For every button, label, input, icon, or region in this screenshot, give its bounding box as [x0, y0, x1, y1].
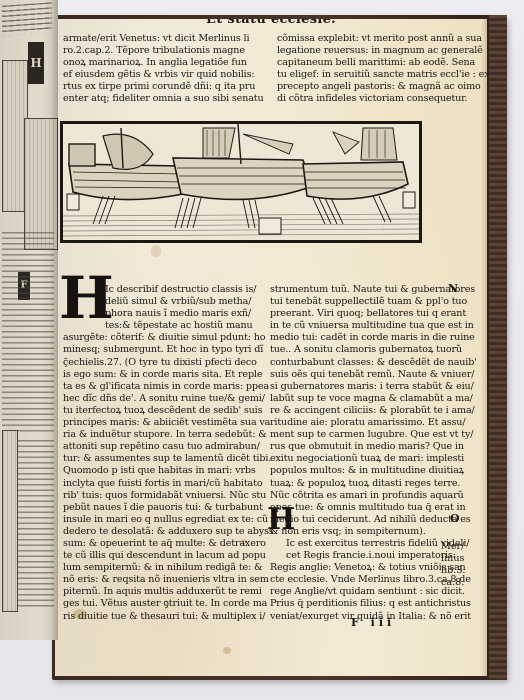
top-left-column: armate/erit Venetus: vt dicit Merlinus l… [63, 33, 264, 106]
text-line: tui tenebãt suppellectilẽ tuam & ppl'o t… [270, 296, 477, 308]
text-line: rtus ex tirpe primi corundẽ dñi: q ita p… [63, 81, 264, 93]
text-line: Quomodo p isti que habitas in mari: vrbs [63, 465, 274, 477]
text-line: ef eiusdem gẽtis & vrbis vir quid nobili… [63, 69, 264, 81]
text-line: pebũt naues ĩ die pauoris tui: & turbabu… [63, 502, 274, 514]
text-line: strumentum tuũ. Naute tui & gubernatores [270, 284, 477, 296]
margin-note-line: ca.8. [441, 577, 465, 589]
text-line: re & accingent ciliciis: & plorabũt te i… [270, 405, 477, 417]
text-line: medio tui: cadẽt in corde maris in die r… [270, 332, 477, 344]
text-line: tuaꝝ: & populoꝝ tuoꝝ ditasti reges terre… [270, 478, 477, 490]
facing-page-woodcut [24, 118, 58, 250]
text-line: medio tui ceciderunt. Ad nihilũ deducta … [270, 514, 477, 526]
text-line: armate/erit Venetus: vt dicit Merlinus l… [63, 33, 264, 45]
text-line: populos multos: & in multitudine diuitia… [270, 465, 477, 477]
text-line: ges tui. Vẽtus auster ꝯtriuit te. In cor… [63, 598, 274, 610]
text-line: ris diuitie tue & thesauri tui: & multip… [63, 611, 274, 623]
text-line: ment sup te carmen lugubre. Que est vt t… [270, 429, 477, 441]
text-line: ritudine aie: ploratu amarissimo. Et ass… [270, 417, 477, 429]
text-line: lum sempiternũ: & in nihilum redigã te: … [63, 562, 274, 574]
margin-note-merlin: Mer/ linus lib.3. ca.8. [441, 541, 465, 589]
text-line: exitu negociationũ tuaꝝ de mari: implest… [270, 453, 477, 465]
naval-battle-woodcut-icon [63, 124, 419, 240]
text-line: Prius q̃ perditionis filius: q est antic… [270, 598, 477, 610]
text-line: attoniti sup repẽtino casu tuo admirabun… [63, 441, 274, 453]
text-line: Nũc cõtrita es amari in profundis aquarũ [270, 490, 477, 502]
margin-letter-n: N [448, 283, 458, 295]
text-line: tu eligef: in seruitiũ sancte matris ecc… [277, 69, 487, 81]
text-line: hec dĩc dñs de'. A sonitu ruine tue/& ge… [63, 393, 274, 405]
text-line: si gubernatores maris: i terra stabũt & … [270, 381, 477, 393]
margin-note-line: lib.3. [441, 565, 465, 577]
text-line: onoꝝ marinarioꝝ. In anglia legatiõe fun [63, 57, 264, 69]
text-line: tur: & assumentes sup te lamentũ dicẽt t… [63, 453, 274, 465]
margin-note-line: linus [441, 553, 465, 565]
text-line: enter atq; fideliter omnia a suo sibi se… [63, 93, 264, 105]
text-line: rib' tuis: quos formidabãt vniuersi. Nũc… [63, 490, 274, 502]
text-line: in te cũ vniuersa multitudine tua que es… [270, 320, 477, 332]
text-line: legatione reuersus: in magnum ac general… [277, 45, 487, 57]
text-line: inclyta que fuisti fortis in mari/cũ hab… [63, 478, 274, 490]
text-line: is ego sum: & in corde maris sita. Et re… [63, 369, 274, 381]
text-line: tes:& tẽpestate ac hostiũ manu [63, 320, 274, 332]
facing-page: H F [0, 0, 58, 640]
text-line: & non eris vsq; in sempiternum). [270, 526, 477, 538]
text-line: opes tue: & omnis multitudo tua q̃ erat … [270, 502, 477, 514]
facing-page-woodcut [2, 430, 18, 612]
facing-page-text [2, 232, 54, 432]
text-line: tu iterfectoꝝ tuoꝝ descẽdent de sedib' s… [63, 405, 274, 417]
book-photo: Et statu ecclesie. armate/erit Venetus: … [0, 0, 524, 700]
text-line: deliũ simul & vrbiũ/sub metha/ [63, 296, 274, 308]
text-line: ç̃echielis.27. (O tyre tu dixisti pfecti… [63, 357, 274, 369]
text-line: minesq; submergunt. Et hoc in typo tyri … [63, 344, 274, 356]
text-line: Ic describif destructio classis is/ [63, 284, 274, 296]
running-head: Et statu ecclesie. [55, 19, 487, 27]
text-line: ria & induẽtur stupore. In terra sedebũt… [63, 429, 274, 441]
text-line: preerant. Viri quoq; bellatores tui q er… [270, 308, 477, 320]
text-line: phora nauis ĩ medio maris exñ/ [63, 308, 274, 320]
text-line: nõ eris: & reqsita nõ inuenieris vltra i… [63, 574, 274, 586]
text-line: insule in mari eo q nullus egrediat ex t… [63, 514, 274, 526]
text-line: asurgẽte: cõterif: & diuitie simul pdunt… [63, 332, 274, 344]
main-left-column: Ic describif destructio classis is/ deli… [63, 284, 274, 623]
text-line: piternũ. In aquis multis adduxerũt te re… [63, 586, 274, 598]
top-right-column: cõmissa explebit: vt merito post annũ a … [277, 33, 487, 106]
text-line: capitaneum belli marittimi: ab eodẽ. Sen… [277, 57, 487, 69]
facing-page-text [2, 2, 52, 35]
text-line: te cũ illis qui descendunt in lacum ad p… [63, 550, 274, 562]
text-line: sum: & opeuerint te aq̃ multe: & detraxe… [63, 538, 274, 550]
binding-edge [489, 15, 507, 680]
text-line: di cõtra infideles victoriam consequetur… [277, 93, 487, 105]
text-line: rus que obmutuit in medio maris? Que in [270, 441, 477, 453]
text-line: cõmissa explebit: vt merito post annũ a … [277, 33, 487, 45]
facing-page-text [18, 440, 54, 610]
margin-letter-o: O [450, 513, 460, 525]
foxing-stain [151, 245, 161, 257]
text-line: tue.. A sonitu clamoris gubernatoꝝ tuorũ [270, 344, 477, 356]
text-line: labũt sup te voce magna & clamabũt a ma/ [270, 393, 477, 405]
signature-mark: F iii [351, 616, 395, 629]
text-line: conturbabunt classes: & descẽdẽt de naui… [270, 357, 477, 369]
text-line: ta es & gl'ificata nimis in corde maris:… [63, 381, 274, 393]
margin-note-line: Mer/ [441, 541, 465, 553]
printed-page: Et statu ecclesie. armate/erit Venetus: … [55, 19, 487, 676]
text-line: principes maris: & abiiciẽt vestimẽta su… [63, 417, 274, 429]
woodcut-illustration [60, 121, 422, 243]
foxing-stain [223, 647, 231, 654]
facing-page-initial: H [28, 42, 44, 84]
text-line: precepto angeli pastoris: & magnã ac oim… [277, 81, 487, 93]
text-line: ro.2.cap.2. Tẽpore tribulationis magne [63, 45, 264, 57]
text-line: dedero te desolatã: & adduxero sup te ab… [63, 526, 274, 538]
text-line: suis oẽs qui tenebãt remũ. Naute & vniue… [270, 369, 477, 381]
